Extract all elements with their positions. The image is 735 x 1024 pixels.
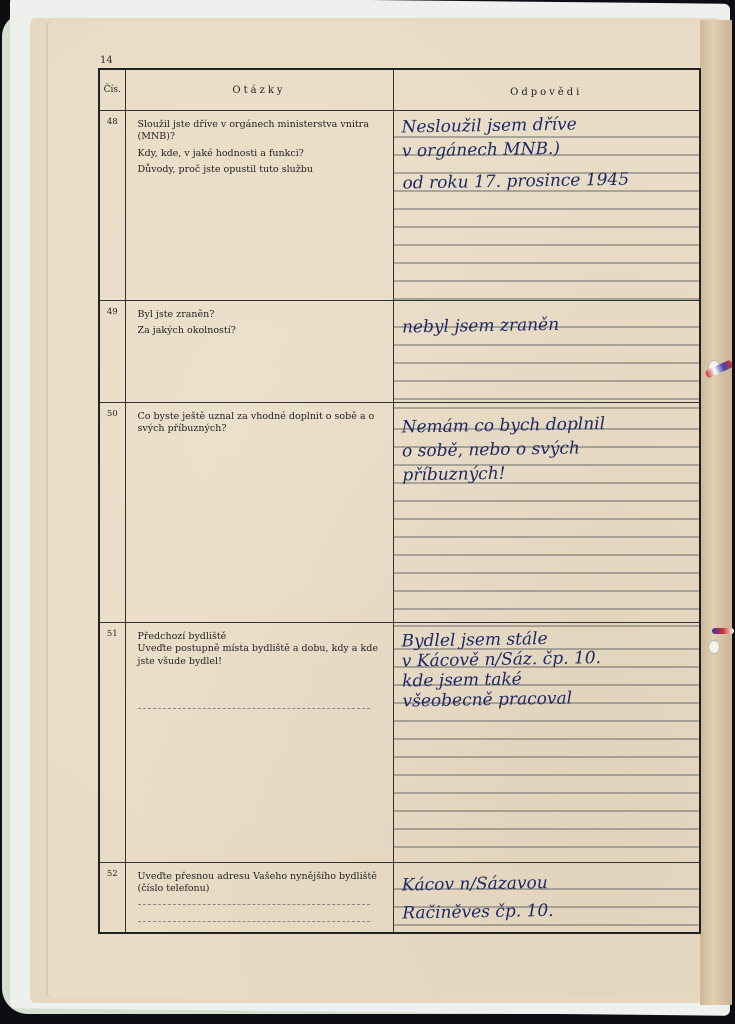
handwritten-answer: Bydlel jsem stále v Kácově n/Sáz. čp. 10… — [401, 626, 694, 711]
binding-hole-bottom — [708, 640, 720, 654]
question-text: Důvody, proč jste opustil tuto službu — [138, 164, 383, 176]
row-number: 48 — [99, 111, 125, 301]
dashed-line — [138, 904, 371, 905]
question-text: Uveďte postupně místa bydliště a dobu, k… — [138, 643, 383, 668]
answer-cell: Nemám co bych doplnil o sobě, nebo o svý… — [393, 403, 700, 623]
question-text: Kdy, kde, v jaké hodnosti a funkci? — [138, 148, 383, 160]
header-answers: Odpovědi — [393, 69, 700, 111]
question-text: Co byste ještě uznal za vhodné doplnit o… — [138, 411, 383, 436]
question-text: Uveďte přesnou adresu Vašeho nynějšího b… — [138, 871, 383, 896]
dashed-line — [138, 708, 371, 709]
table-row: 49 Byl jste zraněn? Za jakých okolností?… — [99, 301, 700, 403]
handwritten-answer: Nesloužil jsem dříve v orgánech MNB.) od… — [401, 110, 694, 195]
question-cell: Uveďte přesnou adresu Vašeho nynějšího b… — [125, 863, 393, 933]
question-text: Za jakých okolností? — [138, 325, 383, 337]
answer-cell: Kácov n/Sázavou Račiněves čp. 10. — [393, 863, 700, 933]
row-number: 51 — [99, 623, 125, 863]
answer-cell: nebyl jsem zraněn — [393, 301, 700, 403]
question-text: Sloužil jste dříve v orgánech ministerst… — [138, 119, 383, 144]
row-number: 50 — [99, 403, 125, 623]
question-text: Předchozí bydliště — [138, 631, 383, 643]
question-cell: Byl jste zraněn? Za jakých okolností? — [125, 301, 393, 403]
header-number: Čís. — [99, 69, 125, 111]
dashed-line — [138, 921, 371, 922]
table-row: 51 Předchozí bydliště Uveďte postupně mí… — [99, 623, 700, 863]
question-cell: Sloužil jste dříve v orgánech ministerst… — [125, 111, 393, 301]
header-questions: Otázky — [125, 69, 393, 111]
question-cell: Co byste ještě uznal za vhodné doplnit o… — [125, 403, 393, 623]
question-text: Byl jste zraněn? — [138, 309, 383, 321]
question-cell: Předchozí bydliště Uveďte postupně místa… — [125, 623, 393, 863]
handwritten-answer: Kácov n/Sázavou Račiněves čp. 10. — [401, 866, 693, 927]
questionnaire-table: Čís. Otázky Odpovědi 48 Sloužil jste dří… — [98, 68, 701, 934]
binding-edge — [700, 20, 732, 1005]
binding-thread-bottom — [712, 628, 734, 634]
table-row: 50 Co byste ještě uznal za vhodné doplni… — [99, 403, 700, 623]
table-row: 52 Uveďte přesnou adresu Vašeho nynějšíh… — [99, 863, 700, 933]
row-number: 52 — [99, 863, 125, 933]
page-number: 14 — [100, 55, 113, 66]
handwritten-answer: nebyl jsem zraněn — [401, 310, 693, 339]
answer-cell: Bydlel jsem stále v Kácově n/Sáz. čp. 10… — [393, 623, 700, 863]
table-header-row: Čís. Otázky Odpovědi — [99, 69, 700, 111]
row-number: 49 — [99, 301, 125, 403]
handwritten-answer: Nemám co bych doplnil o sobě, nebo o svý… — [401, 410, 694, 487]
table-row: 48 Sloužil jste dříve v orgánech ministe… — [99, 111, 700, 301]
answer-cell: Nesloužil jsem dříve v orgánech MNB.) od… — [393, 111, 700, 301]
